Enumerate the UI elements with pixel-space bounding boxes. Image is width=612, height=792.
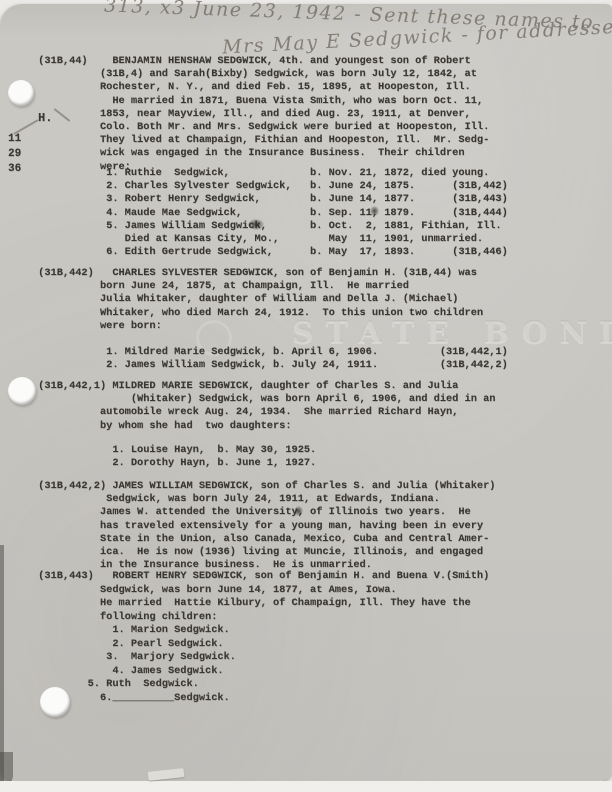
text-line: 4. Maude Mae Sedgwick, b. Sep. 11, 1879.…: [32, 207, 508, 220]
text-line: 3. Marjory Sedgwick.: [32, 651, 489, 665]
text-line: (31B,442,2) JAMES WILLIAM SEDGWICK, son …: [32, 480, 495, 493]
text-line: (31B,442) CHARLES SYLVESTER SEDGWICK, so…: [32, 267, 483, 280]
text-line: (31B,442,1) MILDRED MARIE SEDGWICK, daug…: [32, 380, 495, 393]
margin-number-3: 36: [8, 163, 21, 175]
entry-31B-442-1: (31B,442,1) MILDRED MARIE SEDGWICK, daug…: [32, 380, 495, 433]
text-line: 6.__________Sedgwick.: [32, 692, 489, 706]
scanned-genealogy-page: { "page": { "handwritten_note": { "line1…: [0, 0, 612, 792]
text-line: 1. Louise Hayn, b. May 30, 1925.: [32, 444, 316, 457]
margin-number-2: 29: [8, 148, 21, 160]
ink-smudge: [248, 219, 264, 230]
ink-smudge: [370, 206, 379, 216]
text-line: Colo. Both Mr. and Mrs. Sedgwick were bu…: [32, 121, 489, 134]
children-list-31B-44: 1. Ruthie Sedgwick, b. Nov. 21, 1872, di…: [32, 167, 508, 259]
text-line: born June 24, 1875, at Champaign, Ill. H…: [32, 280, 483, 293]
text-line: 2. Dorothy Hayn, b. June 1, 1927.: [32, 457, 316, 470]
ink-smudge: [294, 506, 303, 516]
text-line: He married in 1871, Buena Vista Smith, w…: [32, 95, 489, 108]
children-list-31B-442-1: 1. Louise Hayn, b. May 30, 1925. 2. Doro…: [32, 444, 316, 470]
text-line: Julia Whitaker, daughter of William and …: [32, 293, 483, 306]
text-line: Rochester, N. Y., and died Feb. 15, 1895…: [32, 81, 489, 94]
text-line: (31B,4) and Sarah(Bixby) Sedgwick, was b…: [32, 68, 489, 81]
text-line: 6. Edith Gertrude Sedgwick, b. May 17, 1…: [32, 246, 508, 259]
text-line: has traveled extensively for a young man…: [32, 520, 495, 533]
text-line: automobile wreck Aug. 24, 1934. She marr…: [32, 406, 495, 419]
text-line: (31B,443) ROBERT HENRY SEDGWICK, son of …: [32, 570, 489, 584]
text-line: Whitaker, who died March 24, 1912. To th…: [32, 307, 483, 320]
text-line: They lived at Champaign, Fithian and Hoo…: [32, 134, 489, 147]
text-line: 2. James William Sedgwick, b. July 24, 1…: [32, 359, 508, 372]
text-line: following children:: [32, 611, 489, 625]
scan-edge-bottom-corner: [0, 752, 13, 784]
text-line: ica. He is now (1936) living at Muncie, …: [32, 546, 495, 559]
text-line: 1. Ruthie Sedgwick, b. Nov. 21, 1872, di…: [32, 167, 508, 180]
text-line: James W. attended the University, of Ill…: [32, 506, 495, 519]
text-line: 2. Charles Sylvester Sedgwick, b. June 2…: [32, 180, 508, 193]
text-line: were born:: [32, 320, 483, 333]
scan-background-bottom: [0, 781, 612, 792]
text-line: (Whitaker) Sedgwick, was born April 6, 1…: [32, 393, 495, 406]
text-line: by whom she had two daughters:: [32, 420, 495, 433]
scan-edge-left: [0, 545, 4, 781]
text-line: 1853, near Mayview, Ill., and died Aug. …: [32, 108, 489, 121]
text-line: wick was engaged in the Insurance Busine…: [32, 147, 489, 160]
text-line: 5. Ruth Sedgwick.: [32, 678, 489, 692]
text-line: 4. James Sedgwick.: [32, 665, 489, 679]
text-line: Sedgwick, was born June 14, 1877, at Ame…: [32, 584, 489, 598]
margin-number-1: 11: [8, 133, 21, 145]
entry-31B-443: (31B,443) ROBERT HENRY SEDGWICK, son of …: [32, 570, 489, 705]
entry-31B-44: (31B,44) BENJAMIN HENSHAW SEDGWICK, 4th.…: [32, 55, 489, 174]
text-line: State in the Union, also Canada, Mexico,…: [32, 533, 495, 546]
text-line: Sedgwick, was born July 24, 1911, at Edw…: [32, 493, 495, 506]
text-line: He married Hattie Kilbury, of Champaign,…: [32, 597, 489, 611]
text-line: 5. James William Sedgwick, b. Oct. 2, 18…: [32, 220, 508, 233]
text-line: 3. Robert Henry Sedgwick, b. June 14, 18…: [32, 193, 508, 206]
text-line: 1. Mildred Marie Sedgwick, b. April 6, 1…: [32, 346, 508, 359]
text-line: (31B,44) BENJAMIN HENSHAW SEDGWICK, 4th.…: [32, 55, 489, 68]
entry-31B-442-2: (31B,442,2) JAMES WILLIAM SEDGWICK, son …: [32, 480, 495, 572]
children-list-31B-442: 1. Mildred Marie Sedgwick, b. April 6, 1…: [32, 346, 508, 372]
text-line: 1. Marion Sedgwick.: [32, 624, 489, 638]
text-line: Died at Kansas City, Mo., May 11, 1901, …: [32, 233, 508, 246]
text-line: 2. Pearl Sedgwick.: [32, 638, 489, 652]
entry-31B-442: (31B,442) CHARLES SYLVESTER SEDGWICK, so…: [32, 267, 483, 333]
punch-hole-top: [8, 80, 34, 106]
